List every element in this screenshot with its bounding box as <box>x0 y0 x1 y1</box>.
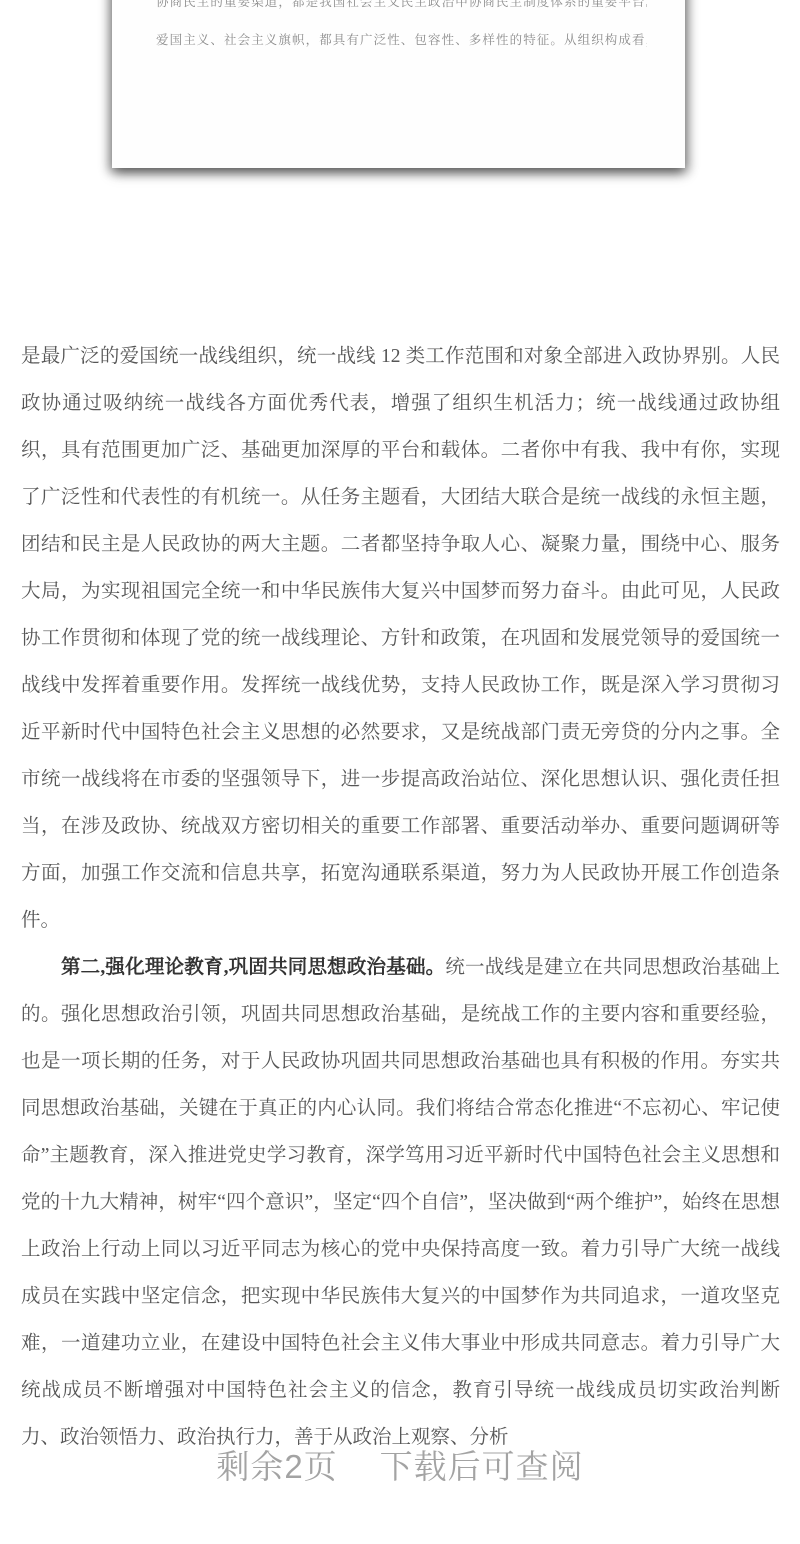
download-to-view-hint: 下载后可查阅 <box>380 1441 584 1488</box>
paragraph-body-text: 统一战线是建立在共同思想政治基础上的。强化思想政治引领，巩固共同思想政治基础，是… <box>21 957 780 1448</box>
paragraph-bold-lead: 第二,强化理论教育,巩固共同思想政治基础。 <box>61 957 445 978</box>
remaining-pages-count: 剩余2页 <box>216 1441 337 1488</box>
previous-page-clipped-line: 协商民主的重要渠道，都是我国社会主义民主政治中协商民主制度体系的重要平台。二者均… <box>156 0 647 21</box>
document-body: 是最广泛的爱国统一战线组织，统一战线 12 类工作范围和对象全部进入政协界别。人… <box>21 333 780 1461</box>
previous-page-last-line: 爱国主义、社会主义旗帜，都具有广泛性、包容性、多样性的特征。从组织构成看，人民政… <box>156 21 647 59</box>
previous-page-text: 协商民主的重要渠道，都是我国社会主义民主政治中协商民主制度体系的重要平台。二者均… <box>156 0 647 59</box>
body-paragraph-continuation: 是最广泛的爱国统一战线组织，统一战线 12 类工作范围和对象全部进入政协界别。人… <box>21 333 780 944</box>
remaining-pages-hint: 剩余2页 下载后可查阅 <box>0 1441 800 1488</box>
previous-page-sheet: 协商民主的重要渠道，都是我国社会主义民主政治中协商民主制度体系的重要平台。二者均… <box>112 0 685 168</box>
document-preview-canvas: 协商民主的重要渠道，都是我国社会主义民主政治中协商民主制度体系的重要平台。二者均… <box>0 0 800 1544</box>
body-paragraph-second: 第二,强化理论教育,巩固共同思想政治基础。统一战线是建立在共同思想政治基础上的。… <box>21 944 780 1461</box>
